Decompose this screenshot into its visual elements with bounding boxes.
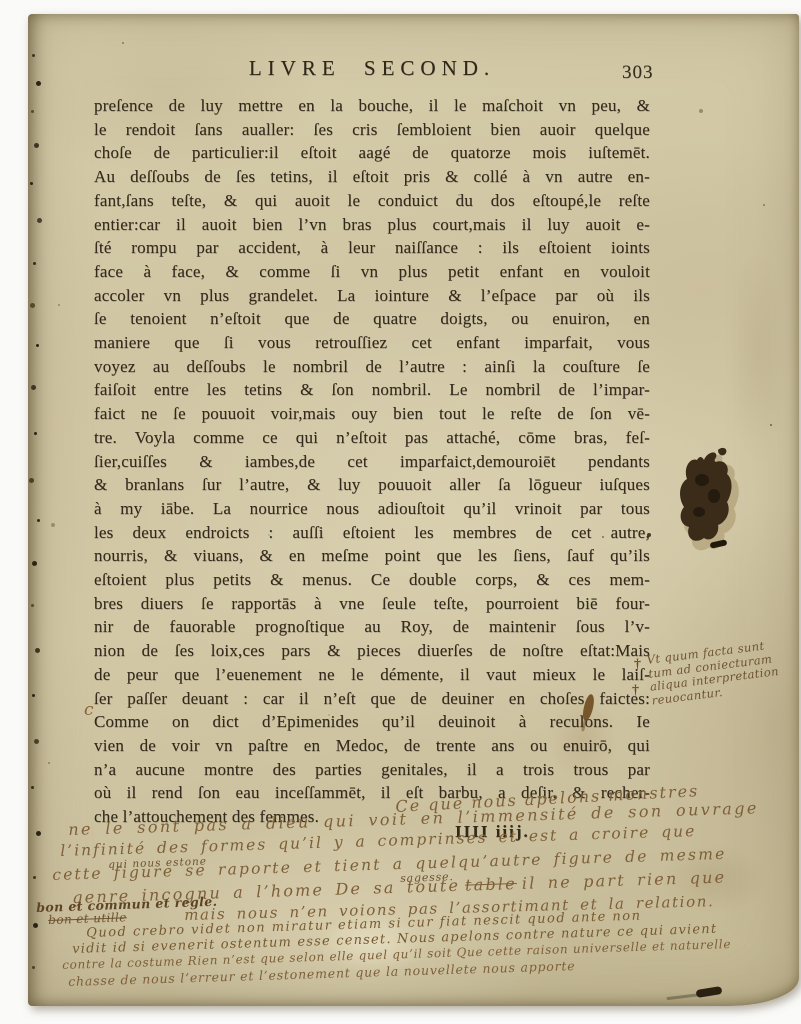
dagger-mark: † <box>634 657 641 673</box>
printed-line: faict ne ſe pouuoit voir,mais ouy bien t… <box>94 402 650 426</box>
paper-stain <box>728 244 788 464</box>
struck-word: table <box>465 874 517 895</box>
margin-annotation-latin: Vt quum facta sunt tum ad coniecturam al… <box>646 638 781 707</box>
printed-line: tre. Voyla comme ce qui n’eſtoit pas att… <box>94 426 650 450</box>
printed-line: fant,ſans teſte, & qui auoit le conduict… <box>94 189 650 213</box>
printed-line: faiſoit entre les tetins & ſon nombril. … <box>94 378 650 402</box>
printed-line: nir de fauorable prognoſtique au Roy, de… <box>94 615 650 639</box>
printed-line: bres diuers ſe rapportās à vne ſeule teſ… <box>94 592 650 616</box>
printed-line: eſtoient plus petits & menus. Ce double … <box>94 568 650 592</box>
running-head-title: LIVRE SECOND. <box>94 56 650 81</box>
printed-line: Comme on dict d’Epimenides qu’il deuinoi… <box>94 710 650 734</box>
printed-line: le rendoit ſans aualler: ſes cris ſemblo… <box>94 118 650 142</box>
printed-line: choſe de particulier:il eſtoit aagé de q… <box>94 141 650 165</box>
printed-line: ſté rompu par accident, à leur naiſſance… <box>94 236 650 260</box>
printed-line: preſence de luy mettre en la bouche, il … <box>94 94 650 118</box>
book-page: LIVRE SECOND. 303 preſence de luy mettre… <box>28 14 799 1006</box>
dagger-mark: † <box>632 683 639 699</box>
printed-text-block: preſence de luy mettre en la bouche, il … <box>94 94 650 829</box>
printed-line: Au deſſoubs de ſes tetins, il eſtoit pri… <box>94 165 650 189</box>
printed-line: ſier,cuiſſes & iambes,de cet imparfaict,… <box>94 450 650 474</box>
printed-line: n’a aucune montre des parties genitales,… <box>94 758 650 782</box>
bottom-edge-ink-mark <box>696 986 723 998</box>
printed-line: voyez au deſſoubs le nombril de l’autre … <box>94 355 650 379</box>
printed-line: face à face, & comme ſi vn plus petit en… <box>94 260 650 284</box>
printed-line: vien de voir vn paſtre en Medoc, de tren… <box>94 734 650 758</box>
scan-background: LIVRE SECOND. 303 preſence de luy mettre… <box>0 0 801 1024</box>
margin-c-mark: c <box>84 700 94 720</box>
paper-freckles <box>28 14 30 16</box>
printed-line: accoler vn plus grandelet. La iointure &… <box>94 284 650 308</box>
page-number: 303 <box>622 62 654 84</box>
printed-line: de peur que l’euenement ne le démente, i… <box>94 663 650 687</box>
printed-line: entier:car il auoit bien l’vn bras plus … <box>94 213 650 237</box>
printed-line: ſe tenoient n’eſtoit que de quatre doigt… <box>94 307 650 331</box>
printed-line: maniere que ſi vous retrouſſiez cet enfa… <box>94 331 650 355</box>
printed-line: & branlans ſur l’autre, & luy pouuoit al… <box>94 473 650 497</box>
printed-line: nion de ſes loix,ces pars & pieces diuer… <box>94 639 650 663</box>
ink-blot <box>666 446 746 558</box>
printed-line: les deux endroicts : auſſi eſtoient les … <box>94 521 650 545</box>
printed-line: ſer paſſer deuant : car il n’eſt que de … <box>94 687 650 711</box>
printed-line: nourris, & viuans, & en meſme point que … <box>94 544 650 568</box>
printed-line: à my iābe. La nourrice nous adiouſtoit q… <box>94 497 650 521</box>
handwritten-segment: il ne part rien que <box>522 867 727 892</box>
